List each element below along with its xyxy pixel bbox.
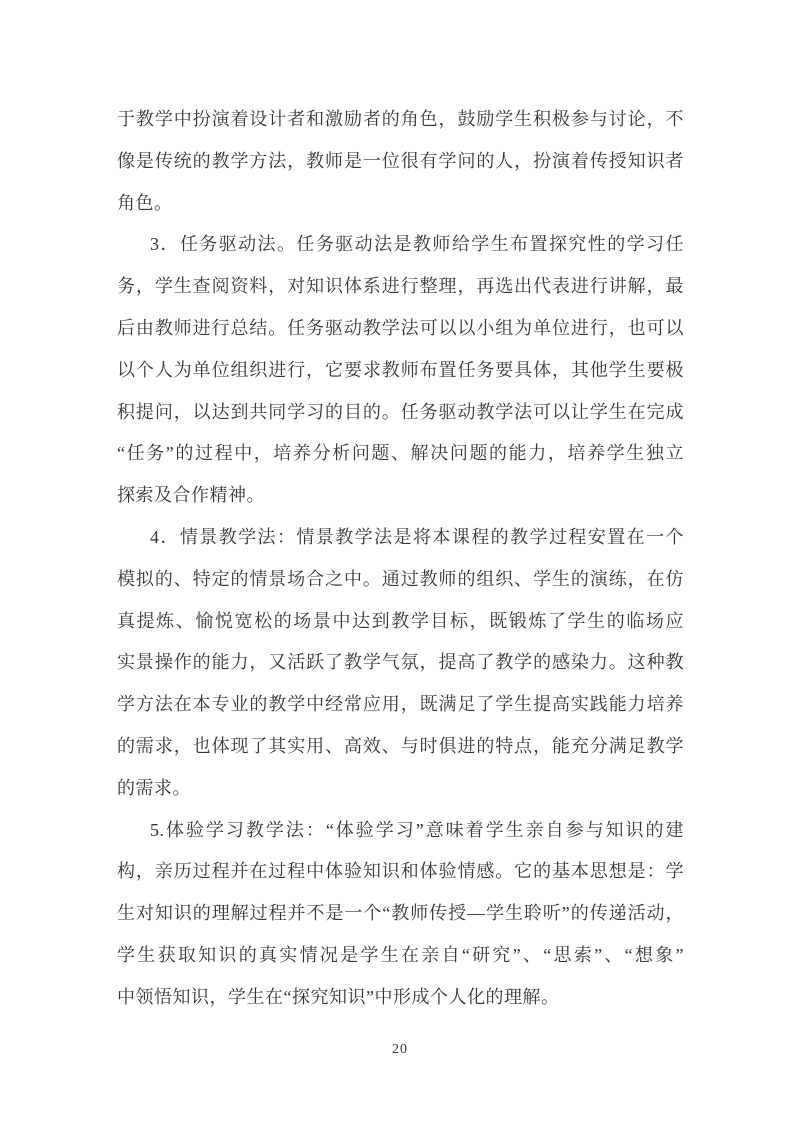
text-line: “任务”的过程中，培养分析问题、解决问题的能力，培养学生独立 (117, 433, 684, 475)
document-page: 于教学中扮演着设计者和激励者的角色，鼓励学生积极参与讨论，不 像是传统的教学方法… (0, 0, 800, 1131)
text-line: 角色。 (117, 183, 684, 225)
text-line: 真提炼、愉悦宽松的场景中达到教学目标，既锻炼了学生的临场应变、 (117, 601, 684, 643)
text-line: 探索及合作精神。 (117, 475, 684, 517)
text-line: 5.体验学习教学法：“体验学习”意味着学生亲自参与知识的建 (117, 810, 684, 852)
page-footer: 20 (0, 1040, 800, 1058)
text-line: 于教学中扮演着设计者和激励者的角色，鼓励学生积极参与讨论，不 (117, 99, 684, 141)
text-line: 学方法在本专业的教学中经常应用，既满足了学生提高实践能力培养 (117, 684, 684, 726)
text-line: 中领悟知识，学生在“探究知识”中形成个人化的理解。 (117, 977, 684, 1019)
text-line: 3．任务驱动法。任务驱动法是教师给学生布置探究性的学习任 (117, 224, 684, 266)
text-line: 生对知识的理解过程并不是一个“教师传授—学生聆听”的传递活动， (117, 893, 684, 935)
text-line: 学生获取知识的真实情况是学生在亲自“研究”、“思索”、“想象” (117, 935, 684, 977)
document-body: 于教学中扮演着设计者和激励者的角色，鼓励学生积极参与讨论，不 像是传统的教学方法… (117, 99, 684, 1019)
text-line: 构，亲历过程并在过程中体验知识和体验情感。它的基本思想是：学 (117, 851, 684, 893)
text-line: 模拟的、特定的情景场合之中。通过教师的组织、学生的演练，在仿 (117, 559, 684, 601)
paragraph-scenario-teaching-method: 4．情景教学法：情景教学法是将本课程的教学过程安置在一个 模拟的、特定的情景场合… (117, 517, 684, 810)
page-number: 20 (392, 1042, 408, 1057)
text-line: 4．情景教学法：情景教学法是将本课程的教学过程安置在一个 (117, 517, 684, 559)
paragraph-task-driven-method: 3．任务驱动法。任务驱动法是教师给学生布置探究性的学习任 务，学生查阅资料，对知… (117, 224, 684, 517)
text-line: 以个人为单位组织进行，它要求教师布置任务要具体，其他学生要极 (117, 350, 684, 392)
text-line: 实景操作的能力，又活跃了教学气氛，提高了教学的感染力。这种教 (117, 642, 684, 684)
text-line: 积提问，以达到共同学习的目的。任务驱动教学法可以让学生在完成 (117, 392, 684, 434)
text-line: 务，学生查阅资料，对知识体系进行整理，再选出代表进行讲解，最 (117, 266, 684, 308)
paragraph-experiential-learning-method: 5.体验学习教学法：“体验学习”意味着学生亲自参与知识的建 构，亲历过程并在过程… (117, 810, 684, 1019)
text-line: 像是传统的教学方法，教师是一位很有学问的人，扮演着传授知识者 (117, 141, 684, 183)
paragraph-continuation: 于教学中扮演着设计者和激励者的角色，鼓励学生积极参与讨论，不 像是传统的教学方法… (117, 99, 684, 224)
text-line: 的需求，也体现了其实用、高效、与时俱进的特点，能充分满足教学 (117, 726, 684, 768)
text-line: 后由教师进行总结。任务驱动教学法可以以小组为单位进行，也可以 (117, 308, 684, 350)
text-line: 的需求。 (117, 768, 684, 810)
